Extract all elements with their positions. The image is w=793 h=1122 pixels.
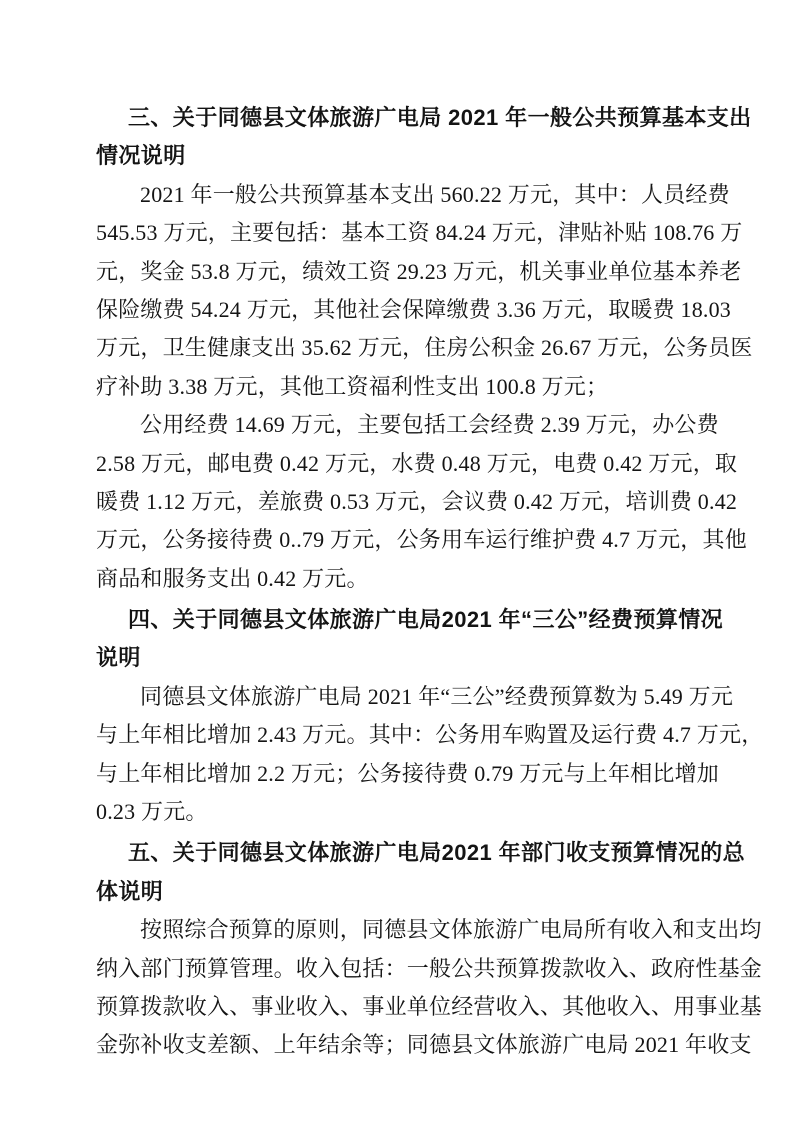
text-line: 疗补助 3.38 万元，其他工资福利性支出 100.8 万元；	[96, 368, 708, 406]
text-line: 万元，卫生健康支出 35.62 万元，住房公积金 26.67 万元，公务员医	[96, 329, 708, 367]
text-line: 公用经费 14.69 万元，主要包括工会经费 2.39 万元，办公费	[96, 406, 708, 444]
text-line: 按照综合预算的原则，同德县文体旅游广电局所有收入和支出均	[96, 911, 708, 949]
section-5-heading: 五、关于同德县文体旅游广电局2021 年部门收支预算情况的总体说明	[96, 834, 708, 911]
heading-line: 三、关于同德县文体旅游广电局 2021 年一般公共预算基本支出	[96, 99, 708, 137]
section-3-heading: 三、关于同德县文体旅游广电局 2021 年一般公共预算基本支出情况说明	[96, 99, 708, 176]
document-page: 三、关于同德县文体旅游广电局 2021 年一般公共预算基本支出情况说明2021 …	[0, 0, 793, 1122]
text-line: 与上年相比增加 2.43 万元。其中：公务用车购置及运行费 4.7 万元，	[96, 716, 708, 754]
text-line: 纳入部门预算管理。收入包括：一般公共预算拨款收入、政府性基金	[96, 950, 708, 988]
text-line: 元，奖金 53.8 万元，绩效工资 29.23 万元，机关事业单位基本养老	[96, 253, 708, 291]
text-line: 保险缴费 54.24 万元，其他社会保障缴费 3.36 万元，取暖费 18.03	[96, 291, 708, 329]
text-line: 与上年相比增加 2.2 万元；公务接待费 0.79 万元与上年相比增加	[96, 755, 708, 793]
text-line: 2021 年一般公共预算基本支出 560.22 万元，其中：人员经费	[96, 176, 708, 214]
text-line: 0.23 万元。	[96, 793, 708, 831]
heading-line: 说明	[96, 639, 708, 677]
text-line: 同德县文体旅游广电局 2021 年“三公”经费预算数为 5.49 万元	[96, 678, 708, 716]
document-content: 三、关于同德县文体旅游广电局 2021 年一般公共预算基本支出情况说明2021 …	[96, 99, 708, 1065]
text-line: 商品和服务支出 0.42 万元。	[96, 560, 708, 598]
text-line: 万元，公务接待费 0..79 万元，公务用车运行维护费 4.7 万元，其他	[96, 521, 708, 559]
section-4-paragraph-three-public-expenses: 同德县文体旅游广电局 2021 年“三公”经费预算数为 5.49 万元与上年相比…	[96, 678, 708, 832]
text-line: 预算拨款收入、事业收入、事业单位经营收入、其他收入、用事业基	[96, 988, 708, 1026]
heading-line: 四、关于同德县文体旅游广电局2021 年“三公”经费预算情况	[96, 601, 708, 639]
heading-line: 体说明	[96, 873, 708, 911]
section-3-paragraph-public-funds: 公用经费 14.69 万元，主要包括工会经费 2.39 万元，办公费2.58 万…	[96, 406, 708, 598]
heading-line: 情况说明	[96, 137, 708, 175]
text-line: 545.53 万元，主要包括：基本工资 84.24 万元，津贴补贴 108.76…	[96, 214, 708, 252]
section-3-paragraph-personnel: 2021 年一般公共预算基本支出 560.22 万元，其中：人员经费545.53…	[96, 176, 708, 406]
section-5-paragraph-overall-budget: 按照综合预算的原则，同德县文体旅游广电局所有收入和支出均纳入部门预算管理。收入包…	[96, 911, 708, 1065]
text-line: 金弥补收支差额、上年结余等；同德县文体旅游广电局 2021 年收支	[96, 1026, 708, 1064]
heading-line: 五、关于同德县文体旅游广电局2021 年部门收支预算情况的总	[96, 834, 708, 872]
text-line: 暖费 1.12 万元，差旅费 0.53 万元，会议费 0.42 万元，培训费 0…	[96, 483, 708, 521]
text-line: 2.58 万元，邮电费 0.42 万元，水费 0.48 万元，电费 0.42 万…	[96, 445, 708, 483]
section-4-heading: 四、关于同德县文体旅游广电局2021 年“三公”经费预算情况说明	[96, 601, 708, 678]
